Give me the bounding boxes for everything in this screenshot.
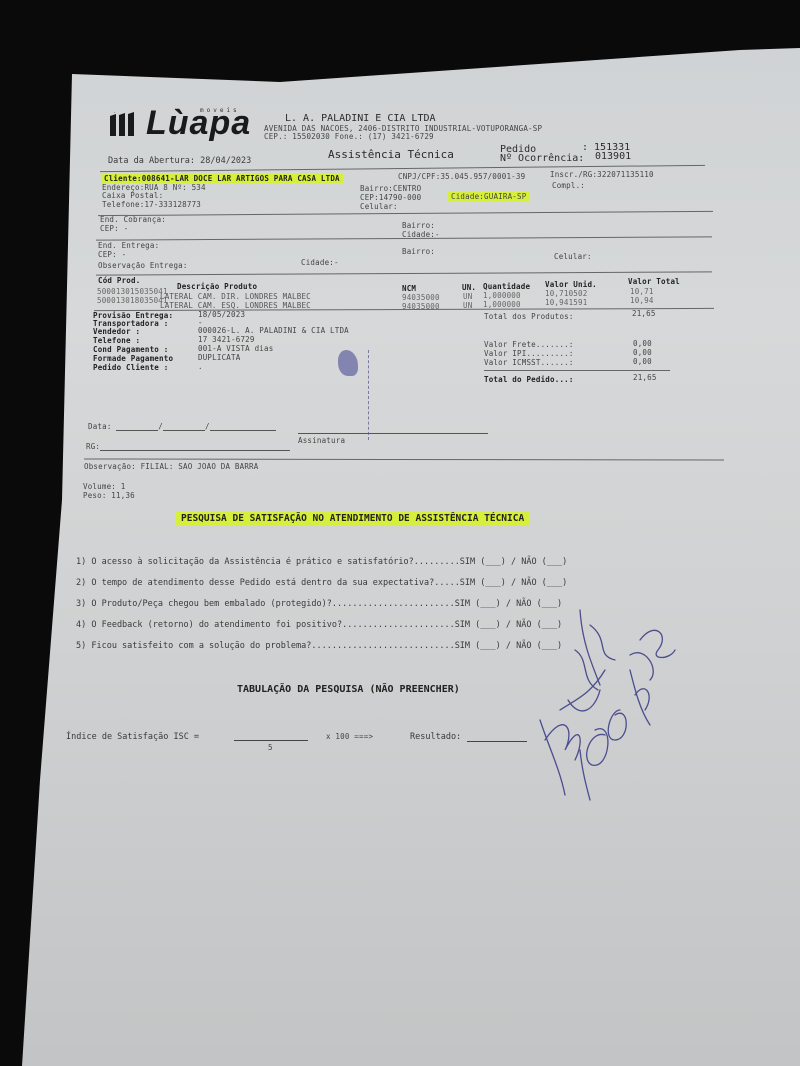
order-info-value: .	[198, 362, 203, 371]
isc-divisor: 5	[268, 743, 273, 752]
products-total-value: 21,65	[632, 309, 656, 318]
order-total-label: Total do Pedido...:	[484, 375, 574, 384]
cell-quantity: 1,000000	[483, 291, 521, 300]
handwritten-signature-icon	[520, 600, 690, 810]
survey-question[interactable]: 5) Ficou satisfeito com a solução do pro…	[76, 641, 562, 651]
total-line-value: 0,00	[633, 348, 652, 357]
luapa-logo-icon	[108, 112, 138, 138]
result-label: Resultado:	[410, 732, 461, 742]
col-header-unit: UN.	[462, 283, 476, 292]
tabulation-title: TABULAÇÃO DA PESQUISA (NÃO PREENCHER)	[237, 684, 460, 695]
order-info-value: DUPLICATA	[198, 353, 240, 362]
date-field[interactable]: Data: //	[88, 421, 276, 431]
cell-unit: UN	[463, 292, 472, 301]
client-cnpj: CNPJ/CPF:35.045.957/0001-39	[398, 172, 525, 181]
client-compl: Compl.:	[552, 181, 585, 190]
isc-label: Índice de Satisfação ISC =	[66, 732, 199, 742]
col-header-ncm: NCM	[402, 284, 416, 293]
total-line-value: 0,00	[633, 339, 652, 348]
cell-total: 10,94	[630, 296, 654, 305]
client-phone: Telefone:17-333128773	[102, 200, 201, 209]
order-info-value: 001-A VISTA dias	[198, 344, 273, 353]
cell-unit-price: 10,710502	[545, 289, 587, 298]
delivery-observation: Observação Entrega:	[98, 261, 188, 270]
order-total-value: 21,65	[633, 373, 657, 382]
cell-ncm: 94035000	[402, 293, 440, 302]
cell-unit-price: 10,941591	[545, 298, 587, 307]
products-total-label: Total dos Produtos:	[484, 312, 574, 321]
order-info-label: Telefone :	[93, 336, 140, 345]
document-title: Assistência Técnica	[328, 148, 454, 161]
survey-title: PESQUISA DE SATISFAÇÃO NO ATENDIMENTO DE…	[176, 512, 529, 525]
survey-question[interactable]: 3) O Produto/Peça chegou bem embalado (p…	[76, 599, 562, 609]
logo-brand: Lùapa	[146, 104, 251, 143]
signature-label: Assinatura	[298, 436, 345, 445]
volume: Volume: 1	[83, 482, 125, 491]
client-city: Cidade:GUAIRA-SP	[448, 192, 529, 201]
order-info-label: Vendedor :	[93, 327, 140, 336]
col-header-quantity: Quantidade	[483, 282, 530, 291]
client-bairro: Bairro:CENTRO	[360, 184, 421, 193]
client-celular: Celular:	[360, 202, 398, 211]
isc-multiplier: x 100 ===>	[326, 732, 373, 741]
divider	[98, 211, 713, 216]
signature-line	[298, 433, 488, 434]
order-info-label: Formade Pagamento	[93, 354, 173, 363]
client-inscr: Inscr./RG:322071135110	[550, 170, 654, 179]
opening-date: Data da Abertura: 28/04/2023	[108, 156, 251, 166]
survey-question[interactable]: 1) O acesso à solicitação da Assistência…	[76, 557, 567, 567]
observation: Observação: FILIAL: SAO JOAO DA BARRA	[84, 462, 258, 471]
result-field[interactable]	[467, 731, 527, 742]
total-line-label: Valor Frete.......:	[484, 340, 574, 349]
service-order-paper: moveis Lùapa L. A. PALADINI E CIA LTDA A…	[0, 0, 800, 1066]
survey-question[interactable]: 2) O tempo de atendimento desse Pedido e…	[76, 578, 567, 588]
cell-code: 500013018035041	[97, 296, 168, 305]
delivery-cep: CEP: -	[98, 250, 126, 259]
col-header-total: Valor Total	[628, 277, 680, 286]
survey-question[interactable]: 4) O Feedback (retorno) do atendimento f…	[76, 620, 562, 630]
total-line-label: Valor IPI.........:	[484, 349, 574, 358]
total-line-label: Valor ICMSST......:	[484, 358, 574, 367]
divider	[84, 458, 724, 460]
order-info-value: 17 3421-6729	[198, 335, 255, 344]
billing-address: End. Cobrança:	[100, 215, 166, 224]
order-info-label: Cond Pagamento :	[93, 345, 168, 354]
delivery-bairro: Bairro:	[402, 247, 435, 256]
col-header-unit-price: Valor Unid.	[545, 280, 597, 289]
company-name: L. A. PALADINI E CIA LTDA	[285, 113, 436, 124]
order-info-value: 18/05/2023	[198, 310, 245, 319]
client-name: Cliente:008641-LAR DOCE LAR ARTIGOS PARA…	[101, 174, 343, 183]
occurrence-number: 013901	[595, 151, 631, 162]
delivery-city: Cidade:-	[301, 258, 339, 267]
weight: Peso: 11,36	[83, 491, 135, 500]
order-info-value: 000026-L. A. PALADINI & CIA LTDA	[198, 326, 349, 335]
company-contact: CEP.: 15502030 Fone.: (17) 3421-6729	[264, 132, 434, 141]
client-cep: CEP:14790-000	[360, 193, 421, 202]
billing-cep: CEP: -	[100, 224, 128, 233]
isc-numerator-field[interactable]	[234, 730, 308, 741]
cell-code: 500013015035041	[97, 287, 168, 296]
divider	[484, 370, 670, 371]
divider	[96, 271, 712, 275]
cell-total: 10,71	[630, 287, 654, 296]
client-caixa-postal: Caixa Postal:	[102, 191, 163, 200]
delivery-celular: Celular:	[554, 252, 592, 261]
order-info-label: Pedido Cliente :	[93, 363, 168, 372]
billing-bairro: Bairro:	[402, 221, 435, 230]
delivery-address: End. Entrega:	[98, 241, 159, 250]
ink-stamp	[338, 350, 369, 440]
divider	[96, 236, 712, 240]
col-header-code: Cód Prod.	[98, 276, 140, 285]
col-header-description: Descrição Produto	[177, 282, 257, 291]
total-line-value: 0,00	[633, 357, 652, 366]
occurrence-label: Nº Ocorrência:	[500, 153, 584, 164]
rg-field[interactable]: RG:	[86, 441, 290, 451]
cell-description: LATERAL CAM. DIR. LONDRES MALBEC	[160, 292, 311, 301]
